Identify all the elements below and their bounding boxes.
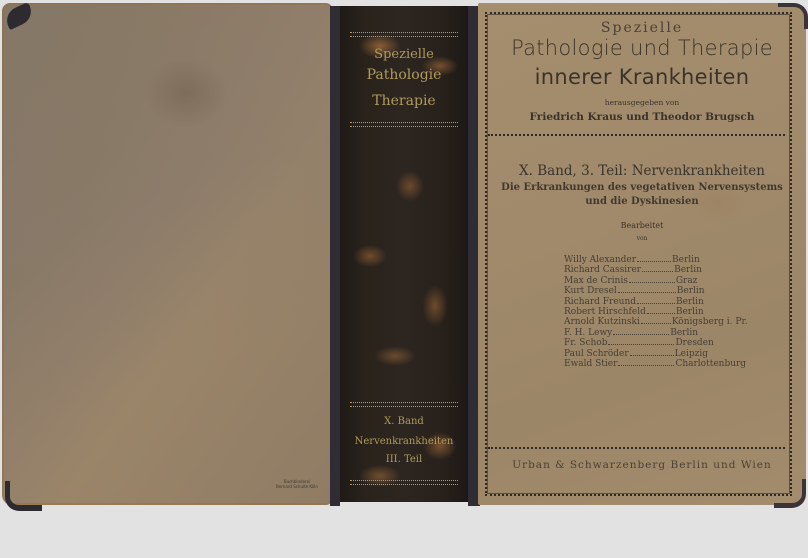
cover-publisher: Urban & Schwarzenberg Berlin und Wien <box>478 459 806 471</box>
cover-subtitle-line1: Die Erkrankungen des vegetativen Nervens… <box>478 182 806 193</box>
author-row: F. H. LewyBerlin <box>564 328 774 338</box>
leader-dots <box>642 265 673 272</box>
back-cover: Buchbinderei Bernard Schulte Köln <box>2 3 332 505</box>
worn-corner-top-left <box>3 2 36 30</box>
spine-gilt-band <box>350 402 458 407</box>
spine-gilt-band <box>350 122 458 127</box>
spine-volume-line2: Nervenkrankheiten <box>340 436 468 447</box>
cover-title-line2: innerer Krankheiten <box>478 65 806 89</box>
bookbinder-stamp-line2: Bernard Schulte Köln <box>267 484 327 489</box>
worn-corner-top-right <box>778 3 808 29</box>
leader-dots <box>608 338 674 345</box>
book-spine: Spezielle Pathologie Therapie X. Band Ne… <box>340 6 468 502</box>
cover-edited-by: herausgegeben von <box>478 98 806 107</box>
author-name: Kurt Dresel <box>564 286 617 296</box>
spine-volume-line3: III. Teil <box>340 454 468 465</box>
cover-editors: Friedrich Kraus und Theodor Brugsch <box>478 111 806 123</box>
author-name: Max de Crinis <box>564 276 628 286</box>
author-city: Berlin <box>677 286 705 296</box>
spine-title-line1: Spezielle <box>340 48 468 62</box>
leader-dots <box>647 307 675 314</box>
cover-von: von <box>478 235 806 242</box>
author-city: Berlin <box>670 328 698 338</box>
author-row: Fr. SchobDresden <box>564 338 774 348</box>
author-name: Richard Cassirer <box>564 265 641 275</box>
author-name: Robert Hirschfeld <box>564 307 646 317</box>
author-row: Willy AlexanderBerlin <box>564 255 774 265</box>
leader-dots <box>618 286 676 293</box>
author-name: Arnold Kutzinski <box>564 317 640 327</box>
author-name: Richard Freund <box>564 297 636 307</box>
author-name: F. H. Lewy <box>564 328 612 338</box>
leader-dots <box>613 328 669 335</box>
author-city: Berlin <box>676 297 704 307</box>
cover-rule-lower <box>488 447 785 449</box>
spine-gilt-band <box>350 32 458 37</box>
author-city: Königsberg i. Pr. <box>672 317 748 327</box>
author-city: Leipzig <box>675 349 708 359</box>
author-row: Arnold KutzinskiKönigsberg i. Pr. <box>564 317 774 327</box>
author-city: Dresden <box>675 338 713 348</box>
author-list: Willy AlexanderBerlin Richard CassirerBe… <box>564 255 774 369</box>
worn-corner-bottom-left <box>5 481 42 511</box>
author-city: Berlin <box>672 255 700 265</box>
spine-hinge-left <box>330 6 340 506</box>
spine-gilt-band <box>350 480 458 485</box>
spine-title-line3: Therapie <box>340 94 468 109</box>
author-city: Berlin <box>674 265 702 275</box>
author-city: Berlin <box>676 307 704 317</box>
cover-series-prefix: Spezielle <box>478 20 806 36</box>
author-row: Robert HirschfeldBerlin <box>564 307 774 317</box>
spine-title-line2: Pathologie <box>340 68 468 83</box>
author-city: Charlottenburg <box>675 359 746 369</box>
author-name: Ewald Stier <box>564 359 617 369</box>
cover-rule-upper <box>488 134 785 136</box>
leader-dots <box>630 349 674 356</box>
author-row: Kurt DreselBerlin <box>564 286 774 296</box>
author-row: Max de CrinisGraz <box>564 276 774 286</box>
front-cover: Spezielle Pathologie und Therapie innere… <box>478 3 806 505</box>
leader-dots <box>629 276 675 283</box>
cover-adapted-by: Bearbeitet <box>478 221 806 230</box>
cover-volume: X. Band, 3. Teil: Nervenkrankheiten <box>478 163 806 179</box>
author-row: Richard FreundBerlin <box>564 297 774 307</box>
author-name: Paul Schröder <box>564 349 629 359</box>
spine-volume-line1: X. Band <box>340 416 468 427</box>
cover-title-line1: Pathologie und Therapie <box>478 36 806 60</box>
author-name: Willy Alexander <box>564 255 636 265</box>
leader-dots <box>637 297 675 304</box>
author-name: Fr. Schob <box>564 338 607 348</box>
leader-dots <box>637 255 671 262</box>
leader-dots <box>641 317 671 324</box>
leader-dots <box>618 359 674 366</box>
book-photograph: Buchbinderei Bernard Schulte Köln Spezie… <box>0 0 808 510</box>
author-row: Paul SchröderLeipzig <box>564 349 774 359</box>
worn-corner-bottom-right <box>774 479 806 508</box>
bookbinder-stamp: Buchbinderei Bernard Schulte Köln <box>267 479 327 489</box>
author-row: Ewald StierCharlottenburg <box>564 359 774 369</box>
author-city: Graz <box>676 276 698 286</box>
cover-subtitle-line2: und die Dyskinesien <box>478 196 806 207</box>
author-row: Richard CassirerBerlin <box>564 265 774 275</box>
